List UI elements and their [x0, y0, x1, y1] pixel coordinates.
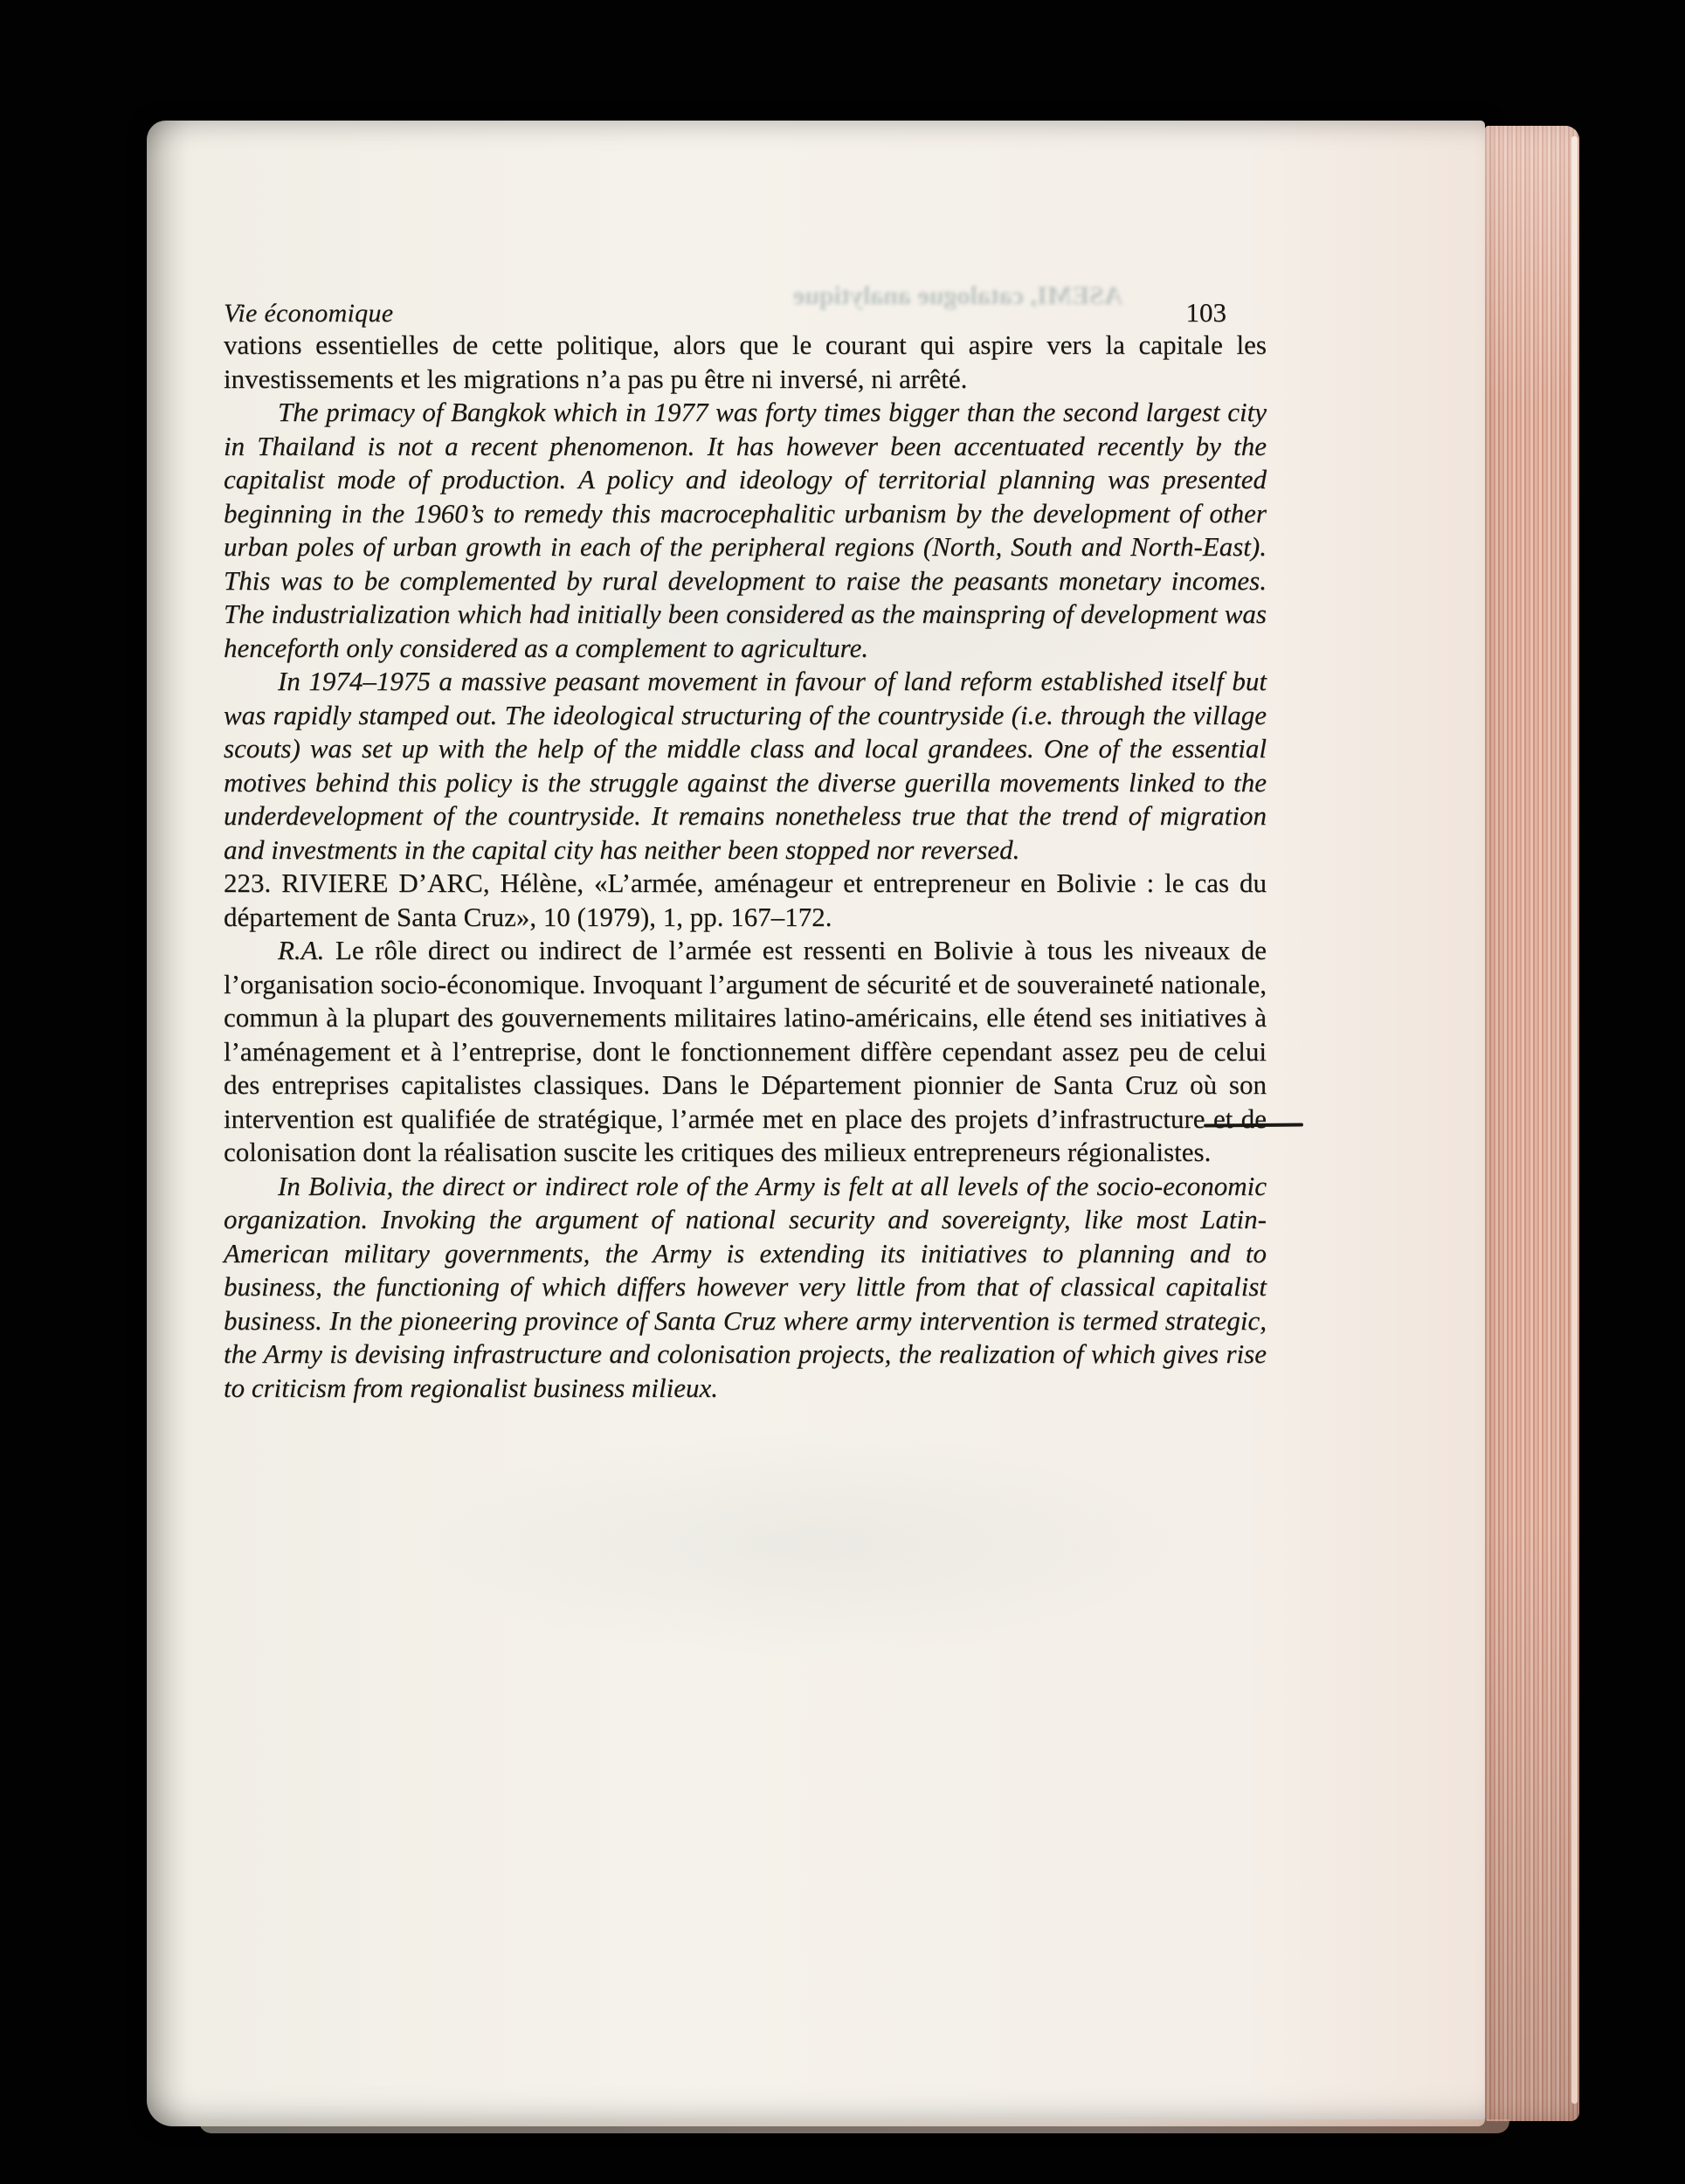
paper-surface: ASEMI, catalogue analytique Vie économiq…	[147, 121, 1485, 2126]
running-title: Vie économique	[224, 299, 393, 328]
resume-prefix: R.A.	[278, 935, 324, 965]
book-page: ASEMI, catalogue analytique Vie économiq…	[147, 121, 1581, 2126]
book-bottom-edge	[199, 2119, 1509, 2133]
text-column: Vie économique 103 vations essentielles …	[224, 121, 1267, 1405]
bibliography-entry-223: 223. RIVIERE D’ARC, Hélène, «L’armée, am…	[224, 867, 1267, 934]
paragraph-abstract-bolivia: In Bolivia, the direct or indirect role …	[224, 1170, 1267, 1406]
paragraph-abstract-bangkok: The primacy of Bangkok which in 1977 was…	[224, 396, 1267, 665]
page-number: 103	[1186, 297, 1267, 328]
show-through-smudge	[409, 1431, 1195, 1658]
paragraph-continuation-french: vations essentielles de cette politique,…	[224, 328, 1267, 396]
paragraph-resume-french: R.A. Le rôle direct ou indirect de l’arm…	[224, 934, 1267, 1170]
paragraph-abstract-peasant-movement: In 1974–1975 a massive peasant movement …	[224, 665, 1267, 867]
book-fore-edge-pages	[1485, 126, 1579, 2121]
page-header: Vie économique 103	[224, 297, 1267, 328]
resume-body: Le rôle direct ou indirect de l’armée es…	[224, 935, 1267, 1167]
photo-background: ASEMI, catalogue analytique Vie économiq…	[0, 0, 1685, 2184]
